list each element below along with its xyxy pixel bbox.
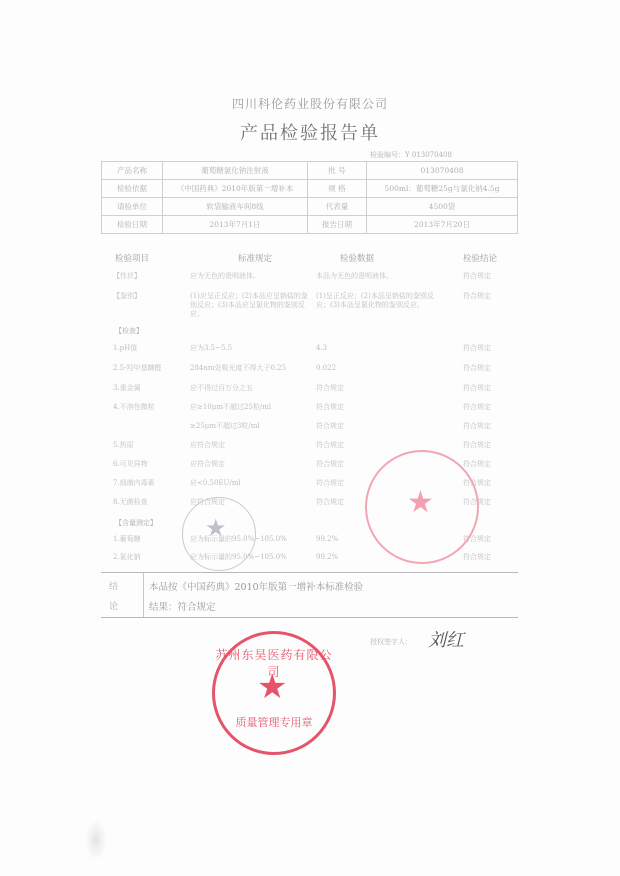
result-conclusion: 符合规定 [463, 364, 513, 373]
info-row: 检验依据《中国药典》2010年版第一增补本规 格500ml：葡萄糖25g与氯化钠… [102, 180, 518, 198]
info-label: 检验依据 [102, 180, 163, 198]
result-conclusion: 符合规定 [463, 272, 513, 281]
info-label: 产品名称 [102, 162, 163, 180]
pink-seal-stamp: ★ [365, 450, 479, 564]
result-item: 1.pH值 [113, 344, 183, 353]
info-label: 代表量 [308, 198, 367, 216]
result-data: 符合规定 [316, 422, 436, 431]
signature: 刘红 [428, 626, 464, 652]
result-item: 【性状】 [113, 272, 183, 281]
result-item: 2.5-羟甲基糠醛 [113, 364, 183, 373]
section-check-heading: 【检查】 [115, 326, 143, 336]
result-conclusion: 符合规定 [463, 460, 513, 469]
result-conclusion: 符合规定 [463, 384, 513, 393]
report-number-label: 检验编号： [370, 151, 405, 159]
result-item: 3.重金属 [113, 384, 183, 393]
conclusion-label-top: 结 [109, 579, 118, 592]
info-label: 请验单位 [102, 198, 163, 216]
result-item: 【鉴别】 [113, 292, 183, 301]
result-data: (1)呈正反应；(2)本品呈钠盐的鉴别反应；(3)本品呈氯化物的鉴别反应。 [316, 292, 436, 310]
info-label: 检验日期 [102, 216, 163, 234]
result-data: 4.3 [316, 344, 436, 353]
report-number-value: Y 013070408 [405, 151, 452, 159]
star-icon: ★ [205, 516, 227, 540]
info-value: 《中国药典》2010年版第一增补本 [163, 180, 308, 198]
result-standard: 应不得过百万分之五 [190, 384, 308, 393]
info-value: 2013年7月1日 [163, 216, 308, 234]
result-standard: ≥25μm不超过3粒/ml [190, 422, 308, 431]
col-header-conclusion: 检验结论 [463, 252, 497, 264]
info-label: 报告日期 [308, 216, 367, 234]
result-standard: (1)应呈正反应；(2)本品应呈钠盐的鉴别反应；(3)本品应呈氯化物的鉴别反应。 [190, 292, 308, 319]
info-label: 批 号 [308, 162, 367, 180]
conclusion-line-2: 结果：符合规定 [149, 599, 216, 613]
quality-seal-stamp: 苏州东昊医药有限公司 ★ 质量管理专用章 [212, 631, 336, 755]
result-conclusion: 符合规定 [463, 403, 513, 412]
info-row: 请验单位软袋输液车间8线代表量4500袋 [102, 198, 518, 216]
result-item: 6.可见异物 [113, 460, 183, 469]
result-data: 符合规定 [316, 384, 436, 393]
result-item: 5.热原 [113, 441, 183, 450]
result-conclusion: 符合规定 [463, 441, 513, 450]
page-title: 产品检验报告单 [0, 119, 620, 145]
col-header-data: 检验数据 [340, 252, 374, 264]
result-standard: 应符合规定 [190, 441, 308, 450]
result-standard: 应<0.50EU/ml [190, 479, 308, 488]
star-icon: ★ [257, 670, 287, 704]
result-data: 本品为无色的澄明液体。 [316, 272, 436, 281]
result-conclusion: 符合规定 [463, 344, 513, 353]
conclusion-box: 结 论 本品按《中国药典》2010年版第一增补本标准检验 结果：符合规定 [101, 573, 518, 617]
col-header-standard: 标准规定 [238, 252, 272, 264]
info-value: 4500袋 [367, 198, 518, 216]
conclusion-label-bottom: 论 [109, 599, 118, 612]
scan-smudge [85, 820, 107, 860]
info-row: 产品名称葡萄糖氯化钠注射液批 号013070408 [102, 162, 518, 180]
result-standard: 284nm处吸光度不得大于0.25 [190, 364, 308, 373]
report-number: 检验编号：Y 013070408 [370, 150, 452, 160]
gray-seal-stamp: ★ [182, 497, 256, 571]
result-standard: 应为无色的澄明液体。 [190, 272, 308, 281]
star-icon: ★ [407, 488, 434, 518]
col-header-item: 检验项目 [115, 252, 149, 264]
result-item: 4.不溶性微粒 [113, 403, 183, 412]
seal-purpose-text: 质量管理专用章 [215, 714, 333, 730]
result-standard: 应≥10μm不超过25粒/ml [190, 403, 308, 412]
signer-label: 授权签字人： [370, 637, 412, 647]
info-row: 检验日期2013年7月1日报告日期2013年7月20日 [102, 216, 518, 234]
info-value: 葡萄糖氯化钠注射液 [163, 162, 308, 180]
result-standard: 应为3.5~5.5 [190, 344, 308, 353]
info-label: 规 格 [308, 180, 367, 198]
result-data: 符合规定 [316, 441, 436, 450]
info-value: 2013年7月20日 [367, 216, 518, 234]
result-item: 1.葡萄糖 [113, 535, 183, 544]
result-conclusion: 符合规定 [463, 553, 513, 562]
info-table: 产品名称葡萄糖氯化钠注射液批 号013070408检验依据《中国药典》2010年… [101, 161, 518, 234]
result-conclusion: 符合规定 [463, 422, 513, 431]
info-value: 013070408 [367, 162, 518, 180]
result-standard: 应符合规定 [190, 460, 308, 469]
result-item: 2.氯化钠 [113, 553, 183, 562]
company-name: 四川科伦药业股份有限公司 [0, 95, 620, 112]
divider-bottom [101, 617, 518, 618]
conclusion-separator [143, 573, 144, 617]
result-item: 7.细菌内毒素 [113, 479, 183, 488]
result-item: 8.无菌检查 [113, 498, 183, 507]
result-data: 符合规定 [316, 403, 436, 412]
info-value: 500ml：葡萄糖25g与氯化钠4.5g [367, 180, 518, 198]
section-assay-heading: 【含量测定】 [115, 518, 157, 528]
conclusion-line-1: 本品按《中国药典》2010年版第一增补本标准检验 [149, 579, 363, 593]
result-data: 0.022 [316, 364, 436, 373]
info-value: 软袋输液车间8线 [163, 198, 308, 216]
result-conclusion: 符合规定 [463, 292, 513, 301]
